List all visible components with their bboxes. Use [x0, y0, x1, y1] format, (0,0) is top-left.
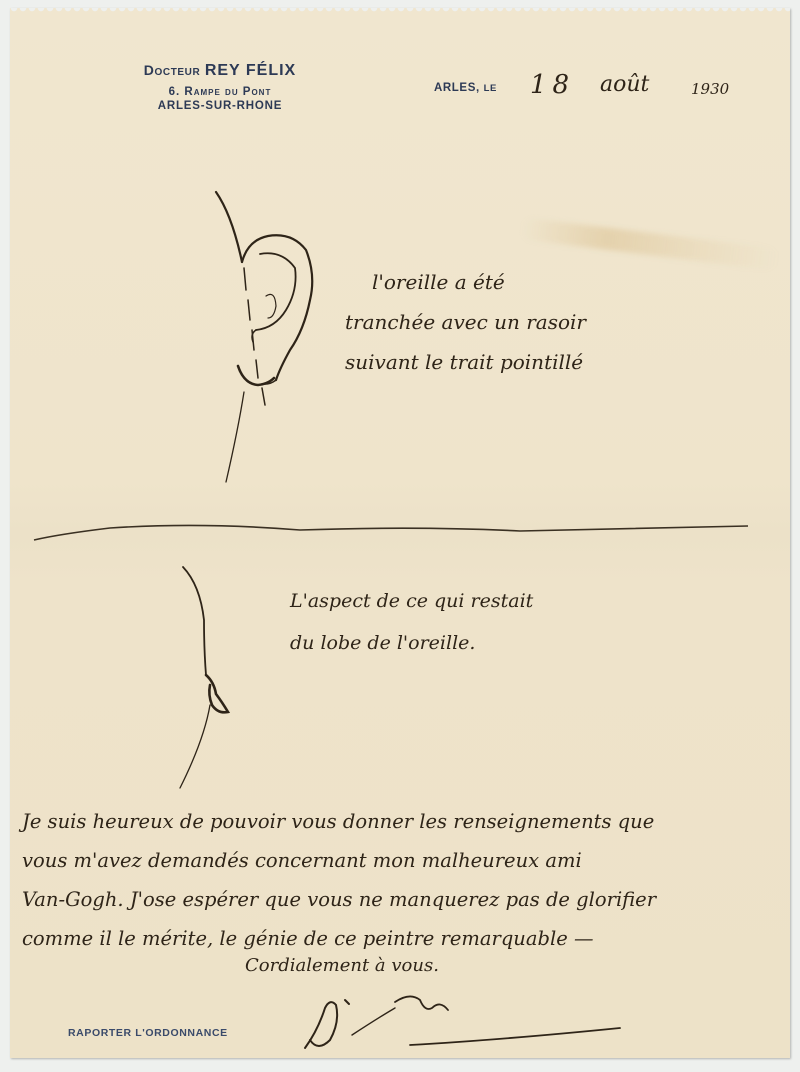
letter-line: vous m'avez demandés concernant mon malh…: [22, 841, 656, 880]
ear-caption-line: l'oreille a été: [345, 262, 586, 302]
letter-line: Je suis heureux de pouvoir vous donner l…: [22, 802, 656, 841]
ear-sketch-icon: [216, 192, 312, 482]
lobe-caption: L'aspect de ce qui restait du lobe de l'…: [290, 580, 533, 664]
earlobe-sketch-icon: [180, 567, 228, 788]
ear-caption: l'oreille a été tranchée avec un rasoir …: [345, 262, 586, 382]
ear-caption-line: suivant le trait pointillé: [345, 342, 586, 382]
letter-line: Van-Gogh. J'ose espérer que vous ne manq…: [22, 880, 656, 919]
letter-closing: Cordialement à vous.: [245, 955, 439, 976]
footer-printed-note: RAPORTER L'ORDONNANCE: [68, 1027, 228, 1039]
letter-body: Je suis heureux de pouvoir vous donner l…: [22, 802, 656, 958]
fold-divider-line: [34, 525, 748, 540]
lobe-caption-line: L'aspect de ce qui restait: [290, 580, 533, 622]
letter-line: comme il le mérite, le génie de ce peint…: [22, 919, 656, 958]
lobe-caption-line: du lobe de l'oreille.: [290, 622, 533, 664]
ear-caption-line: tranchée avec un rasoir: [345, 302, 586, 342]
signature-flourish: [305, 996, 620, 1048]
